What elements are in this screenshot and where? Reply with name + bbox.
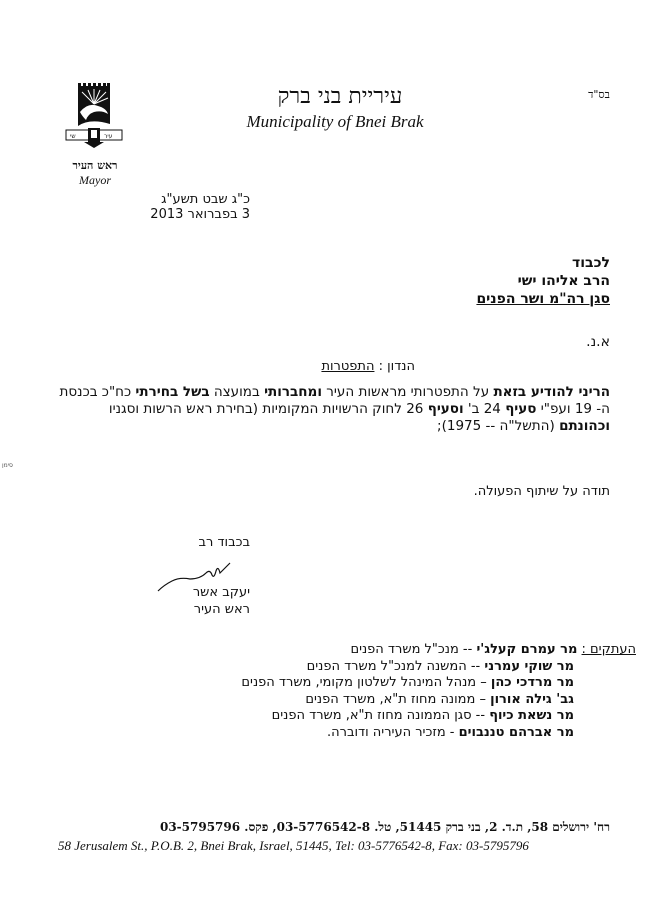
cc-name: גב' גילה אורון bbox=[490, 692, 574, 707]
body-segment: וסעיף bbox=[428, 401, 464, 417]
cc-name: מר שוקי עמרני bbox=[484, 659, 574, 674]
recipient-salutation: לכבוד bbox=[310, 254, 610, 272]
body-segment: (התשל"ה -- 1975); bbox=[437, 418, 559, 434]
subject-label: הנדון : bbox=[379, 359, 415, 374]
cc-name: מר נשאת כיוף bbox=[489, 708, 574, 723]
footer-address-hebrew: רח' ירושלים 58, ת.ד. 2, בני ברק 51445, ט… bbox=[110, 820, 610, 835]
cc-role: – ממונה מחוז ת"א, משרד הפנים bbox=[305, 692, 490, 707]
recipient-title: סגן רה"מ ושר הפנים bbox=[310, 290, 610, 308]
cc-entry: גב' גילה אורון – ממונה מחוז ת"א, משרד הפ… bbox=[206, 692, 636, 709]
body-segment: ומחברותי bbox=[264, 384, 322, 400]
cc-entry: העתקים : מר עמרם קעלג'י -- מנכ"ל משרד הפ… bbox=[206, 642, 636, 659]
body-segment: 26 לחוק הרשויות המקומיות (בחירת ראש הרשו… bbox=[109, 401, 428, 417]
cc-name: מר מרדכי כהן bbox=[491, 675, 574, 690]
letter-body: הריני להודיע בזאת על התפטרותי מראשות העי… bbox=[55, 384, 610, 435]
date-hebrew: כ"ג שבט תשע"ג bbox=[130, 192, 250, 207]
cc-entry: מר אברהם טננבוים - מזכיר העיריה ודוברה. bbox=[206, 725, 636, 742]
body-segment: בשל בחירתי bbox=[135, 384, 209, 400]
body-segment: במועצה bbox=[210, 384, 265, 400]
recipient-block: לכבוד הרב אליהו ישי סגן רה"מ ושר הפנים bbox=[310, 254, 610, 308]
body-segment: הריני להודיע בזאת bbox=[493, 384, 610, 400]
signer-title: ראש העיר bbox=[150, 601, 250, 618]
body-segment: על התפטרותי מראשות העיר bbox=[322, 384, 494, 400]
closing-regards: בכבוד רב bbox=[150, 535, 250, 550]
date-gregorian: 3 בפברואר 2013 bbox=[130, 207, 250, 222]
cc-role: -- מנכ"ל משרד הפנים bbox=[350, 642, 476, 657]
cc-role: -- סגן הממונה מחוז ת"א, משרד הפנים bbox=[272, 708, 490, 723]
svg-text:עיר: עיר bbox=[104, 133, 113, 140]
cc-name: מר אברהם טננבוים bbox=[459, 725, 574, 740]
cc-entry: מר מרדכי כהן – מנהל המינהל לשלטון מקומי,… bbox=[206, 675, 636, 692]
body-segment: סעיף bbox=[505, 401, 536, 417]
cc-name: מר עמרם קעלג'י bbox=[476, 642, 577, 657]
cc-role: – מנהל המינהל לשלטון מקומי, משרד הפנים bbox=[241, 675, 490, 690]
cc-role: -- המשנה למנכ"ל משרד הפנים bbox=[307, 659, 485, 674]
body-segment: 24 ב' bbox=[464, 401, 506, 417]
bsd-mark: בס"ד bbox=[588, 88, 610, 101]
cc-role: - מזכיר העיריה ודוברה. bbox=[327, 725, 459, 740]
cc-list: העתקים : מר עמרם קעלג'י -- מנכ"ל משרד הפ… bbox=[206, 642, 636, 741]
body-segment: וכהונתם bbox=[559, 418, 610, 434]
signer-name: יעקב אשר bbox=[150, 584, 250, 601]
greeting: א.נ. bbox=[586, 334, 610, 350]
footer-address-english: 58 Jerusalem St., P.O.B. 2, Bnei Brak, I… bbox=[58, 838, 618, 854]
thanks-line: תודה על שיתוף הפעולה. bbox=[310, 484, 610, 499]
signer-block: יעקב אשר ראש העיר bbox=[150, 584, 250, 618]
cc-entry: מר שוקי עמרני -- המשנה למנכ"ל משרד הפנים bbox=[206, 659, 636, 676]
municipality-name-english: Municipality of Bnei Brak bbox=[200, 112, 470, 132]
subject-line: הנדון : התפטרות bbox=[285, 359, 415, 374]
margin-mark: סימן bbox=[2, 462, 13, 469]
cc-entry: מר נשאת כיוף -- סגן הממונה מחוז ת"א, משר… bbox=[206, 708, 636, 725]
cc-label: העתקים : bbox=[582, 642, 636, 657]
mayor-title-hebrew: ראש העיר bbox=[60, 159, 130, 172]
mayor-title-english: Mayor bbox=[60, 173, 130, 188]
recipient-name: הרב אליהו ישי bbox=[310, 272, 610, 290]
svg-text:שי: שי bbox=[70, 133, 76, 140]
subject-value: התפטרות bbox=[321, 359, 374, 374]
municipality-name-hebrew: עיריית בני ברק bbox=[260, 83, 420, 109]
bnei-brak-emblem-icon: שי עיר bbox=[62, 82, 126, 154]
